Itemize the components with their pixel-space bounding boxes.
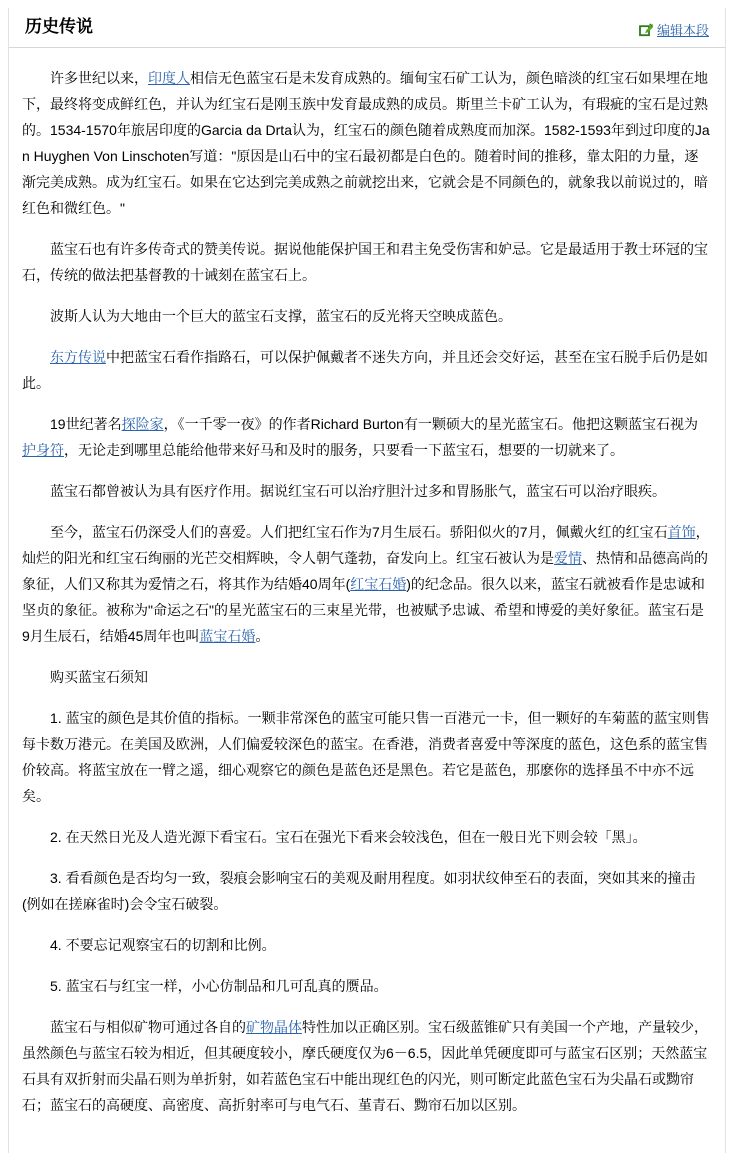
paragraph: 蓝宝石都曾被认为具有医疗作用。据说红宝石可以治疗胆汁过多和胃肠胀气，蓝宝石可以治…	[22, 478, 711, 504]
inline-link[interactable]: 印度人	[148, 70, 190, 86]
inline-link[interactable]: 矿物晶体	[246, 1019, 302, 1035]
paragraph-text: 中把蓝宝石看作指路石，可以保护佩戴者不迷失方向，并且还会交好运，甚至在宝石脱手后…	[22, 349, 708, 391]
paragraph-text: 2. 在天然日光及人造光源下看宝石。宝石在强光下看来会较浅色，但在一般日光下则会…	[50, 829, 647, 845]
paragraph-text: 蓝宝石都曾被认为具有医疗作用。据说红宝石可以治疗胆汁过多和胃肠胀气，蓝宝石可以治…	[50, 483, 666, 499]
paragraph-text: 许多世纪以来，	[50, 70, 148, 86]
inline-link[interactable]: 东方传说	[50, 349, 106, 365]
edit-pencil-square-icon	[639, 23, 653, 37]
section-header: 历史传说 编辑本段	[9, 8, 725, 39]
edit-section-link[interactable]: 编辑本段	[639, 20, 709, 39]
wiki-page: 历史传说 编辑本段 许多世纪以来，印度人相信无色蓝宝石是未发育成熟的。缅甸宝石矿…	[0, 0, 733, 1153]
paragraph: 4. 不要忘记观察宝石的切割和比例。	[22, 932, 711, 958]
paragraph-text: 波斯人认为大地由一个巨大的蓝宝石支撑，蓝宝石的反光将天空映成蓝色。	[50, 308, 512, 324]
paragraph: 2. 在天然日光及人造光源下看宝石。宝石在强光下看来会较浅色，但在一般日光下则会…	[22, 824, 711, 850]
edit-section-label: 编辑本段	[657, 20, 709, 39]
paragraph-text: ，无论走到哪里总能给他带来好马和及时的服务，只要看一下蓝宝石，想要的一切就来了。	[64, 442, 624, 458]
inline-link[interactable]: 护身符	[22, 442, 64, 458]
section-title: 历史传说	[25, 15, 93, 39]
paragraph: 3. 看看颜色是否均匀一致，裂痕会影响宝石的美观及耐用程度。如羽状纹伸至石的表面…	[22, 865, 711, 917]
inline-link[interactable]: 探险家	[122, 416, 164, 432]
inline-link[interactable]: 蓝宝石婚	[199, 628, 255, 644]
paragraph-text: 蓝宝石与相似矿物可通过各自的	[50, 1019, 246, 1035]
paragraph-text: ，《一千零一夜》的作者Richard Burton有一颗硕大的星光蓝宝石。他把这…	[164, 416, 698, 432]
paragraph: 至今，蓝宝石仍深受人们的喜爱。人们把红宝石作为7月生辰石。骄阳似火的7月，佩戴火…	[22, 519, 711, 649]
article-content: 许多世纪以来，印度人相信无色蓝宝石是未发育成熟的。缅甸宝石矿工认为，颜色暗淡的红…	[9, 48, 725, 1153]
inline-link[interactable]: 首饰	[668, 524, 696, 540]
paragraph-text: 4. 不要忘记观察宝石的切割和比例。	[50, 937, 276, 953]
paragraph-text: 购买蓝宝石须知	[50, 669, 148, 685]
paragraph: 购买蓝宝石须知	[22, 664, 711, 690]
paragraph-text: 蓝宝石也有许多传奇式的赞美传说。据说他能保护国王和君主免受伤害和妒忌。它是最适用…	[22, 241, 708, 283]
article-section: 历史传说 编辑本段 许多世纪以来，印度人相信无色蓝宝石是未发育成熟的。缅甸宝石矿…	[8, 8, 726, 1153]
paragraph-text: 。	[255, 628, 269, 644]
paragraph: 许多世纪以来，印度人相信无色蓝宝石是未发育成熟的。缅甸宝石矿工认为，颜色暗淡的红…	[22, 65, 711, 221]
paragraph: 东方传说中把蓝宝石看作指路石，可以保护佩戴者不迷失方向，并且还会交好运，甚至在宝…	[22, 344, 711, 396]
inline-link[interactable]: 爱情	[554, 550, 582, 566]
paragraph: 波斯人认为大地由一个巨大的蓝宝石支撑，蓝宝石的反光将天空映成蓝色。	[22, 303, 711, 329]
paragraph-text: 1. 蓝宝的颜色是其价值的指标。一颗非常深色的蓝宝可能只售一百港元一卡，但一颗好…	[22, 710, 710, 804]
paragraph-text: 19世纪著名	[50, 416, 122, 432]
inline-link[interactable]: 红宝石婚	[350, 576, 406, 592]
paragraph: 1. 蓝宝的颜色是其价值的指标。一颗非常深色的蓝宝可能只售一百港元一卡，但一颗好…	[22, 705, 711, 809]
paragraph-text: 至今，蓝宝石仍深受人们的喜爱。人们把红宝石作为7月生辰石。骄阳似火的7月，佩戴火…	[50, 524, 668, 540]
paragraph-text: 3. 看看颜色是否均匀一致，裂痕会影响宝石的美观及耐用程度。如羽状纹伸至石的表面…	[22, 870, 696, 912]
paragraph: 19世纪著名探险家，《一千零一夜》的作者Richard Burton有一颗硕大的…	[22, 411, 711, 463]
paragraph-text: 相信无色蓝宝石是未发育成熟的。缅甸宝石矿工认为，颜色暗淡的红宝石如果埋在地下，最…	[22, 70, 710, 216]
paragraph-text: 5. 蓝宝石与红宝一样，小心仿制品和几可乱真的赝品。	[50, 978, 388, 994]
paragraph: 5. 蓝宝石与红宝一样，小心仿制品和几可乱真的赝品。	[22, 973, 711, 999]
paragraph: 蓝宝石也有许多传奇式的赞美传说。据说他能保护国王和君主免受伤害和妒忌。它是最适用…	[22, 236, 711, 288]
paragraph: 蓝宝石与相似矿物可通过各自的矿物晶体特性加以正确区别。宝石级蓝锥矿只有美国一个产…	[22, 1014, 711, 1118]
